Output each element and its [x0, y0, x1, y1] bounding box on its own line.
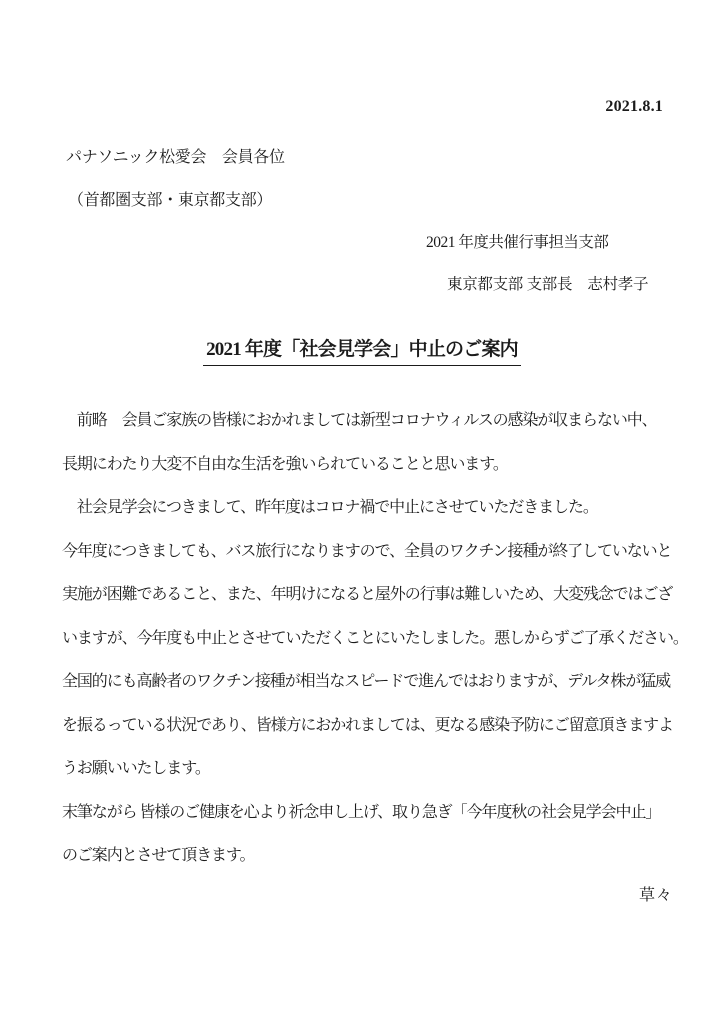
body-line: 前略 会員ご家族の皆様におかれましては新型コロナウィルスの感染が収まらない中、 [62, 399, 676, 443]
sender-department-line: 2021 年度共催行事担当支部 [426, 230, 608, 252]
body-line: を振るっている状況であり、皆様方におかれましては、更なる感染予防にご留意頂きます… [62, 704, 676, 748]
body-line: いますが、今年度も中止とさせていただくことにいたしました。悪しからずご了承くださ… [62, 617, 676, 661]
body-line: 実施が困難であること、また、年明けになると屋外の行事は難しいため、大変残念ではご… [62, 573, 676, 617]
document-page: 2021.8.1 パナソニック松愛会 会員各位 （首都圏支部・東京都支部） 20… [0, 0, 724, 1024]
document-date: 2021.8.1 [605, 98, 663, 116]
addressee-line: パナソニック松愛会 会員各位 [66, 144, 285, 167]
document-title: 2021 年度「社会見学会」中止のご案内 [203, 334, 521, 366]
body-line: 今年度につきましても、バス旅行になりますので、全員のワクチン接種が終了していない… [62, 530, 676, 574]
closing-salutation: 草々 [639, 882, 673, 905]
body-line: 末筆ながら 皆様のご健康を心より祈念申し上げ、取り急ぎ「今年度秋の社会見学会中止… [62, 791, 676, 835]
body-line: 長期にわたり大変不自由な生活を強いられていることと思います。 [62, 443, 676, 487]
body-line: 社会見学会につきまして、昨年度はコロナ禍で中止にさせていただきました。 [62, 486, 676, 530]
body-text: 前略 会員ご家族の皆様におかれましては新型コロナウィルスの感染が収まらない中、 … [62, 399, 676, 878]
body-line: のご案内とさせて頂きます。 [62, 834, 676, 878]
sender-name-line: 東京都支部 支部長 志村孝子 [447, 272, 648, 294]
title-container: 2021 年度「社会見学会」中止のご案内 [0, 334, 724, 366]
addressee-branch-line: （首都圏支部・東京都支部） [68, 187, 272, 210]
body-line: 全国的にも高齢者のワクチン接種が相当なスピードで進んではおりますが、デルタ株が猛… [62, 660, 676, 704]
body-line: うお願いいたします。 [62, 747, 676, 791]
